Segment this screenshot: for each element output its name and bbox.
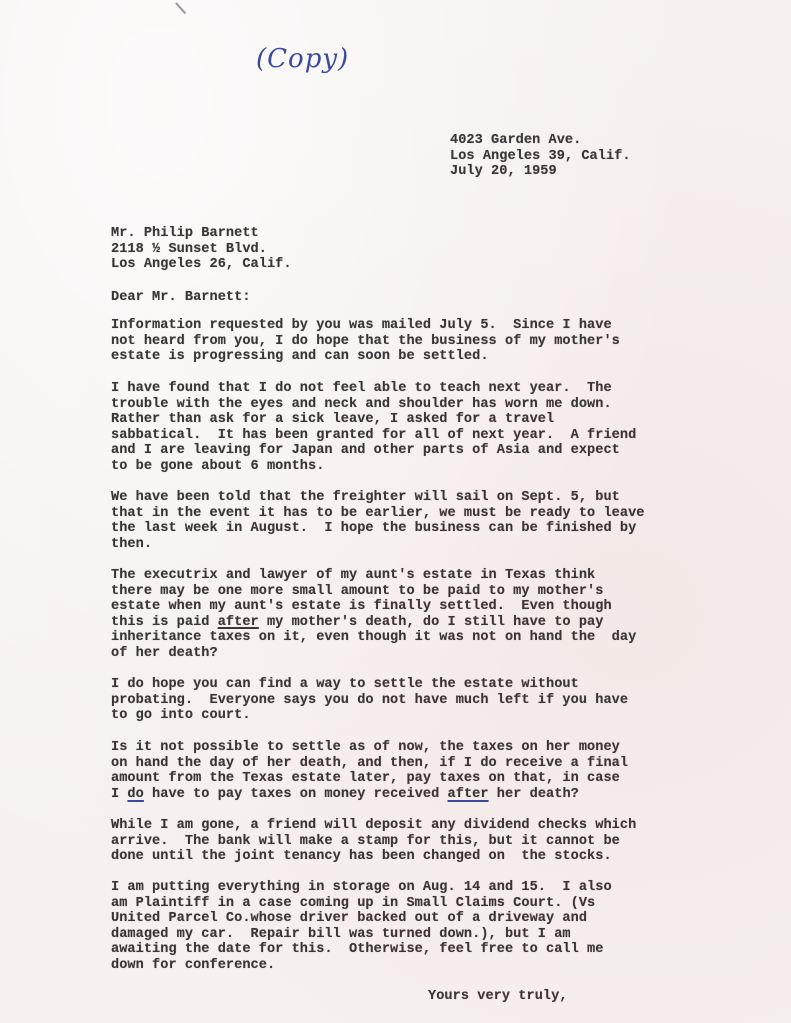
sender-address: 4023 Garden Ave.Los Angeles 39, Calif.Ju… xyxy=(450,133,631,180)
underlined-word: after xyxy=(218,615,259,630)
copy-annotation: (Copy) xyxy=(256,44,349,74)
text-line: I have found that I do not feel able to … xyxy=(111,381,636,397)
text-line: then. xyxy=(111,537,645,553)
text-line: I do hope you can find a way to settle t… xyxy=(111,677,628,693)
sender-street: 4023 Garden Ave. xyxy=(450,133,631,149)
letter-date: July 20, 1959 xyxy=(450,164,631,180)
text-line: I do have to pay taxes on money received… xyxy=(111,787,628,803)
paragraph-7: While I am gone, a friend will deposit a… xyxy=(111,818,636,865)
paragraph-1: Information requested by you was mailed … xyxy=(111,318,620,365)
text-line: down for conference. xyxy=(111,958,612,974)
underlined-word-handwritten: after xyxy=(448,787,489,802)
stray-pen-mark xyxy=(175,2,186,14)
text-line: am Plaintiff in a case coming up in Smal… xyxy=(111,896,612,912)
text-line: trouble with the eyes and neck and shoul… xyxy=(111,397,636,413)
text-line: damaged my car. Repair bill was turned d… xyxy=(111,927,612,943)
text-line: not heard from you, I do hope that the b… xyxy=(111,334,620,350)
text-line: Rather than ask for a sick leave, I aske… xyxy=(111,412,636,428)
recipient-street: 2118 ½ Sunset Blvd. xyxy=(111,242,292,258)
text-line: this is paid after my mother's death, do… xyxy=(111,615,636,631)
text-line: The executrix and lawyer of my aunt's es… xyxy=(111,568,636,584)
text-line: United Parcel Co.whose driver backed out… xyxy=(111,911,612,927)
recipient-city: Los Angeles 26, Calif. xyxy=(111,257,292,273)
sender-city: Los Angeles 39, Calif. xyxy=(450,149,631,165)
paragraph-3: We have been told that the freighter wil… xyxy=(111,490,645,552)
text-line: to go into court. xyxy=(111,708,628,724)
text-line: the last week in August. I hope the busi… xyxy=(111,521,645,537)
paragraph-8: I am putting everything in storage on Au… xyxy=(111,880,612,973)
text-line: We have been told that the freighter wil… xyxy=(111,490,645,506)
text-line: probating. Everyone says you do not have… xyxy=(111,693,628,709)
text-line: to be gone about 6 months. xyxy=(111,459,636,475)
text-line: of her death? xyxy=(111,646,636,662)
text-line: that in the event it has to be earlier, … xyxy=(111,506,645,522)
recipient-name: Mr. Philip Barnett xyxy=(111,226,292,242)
text-line: estate is progressing and can soon be se… xyxy=(111,349,620,365)
underlined-word-handwritten: do xyxy=(127,787,143,802)
paragraph-6: Is it not possible to settle as of now, … xyxy=(111,740,628,802)
paragraph-2: I have found that I do not feel able to … xyxy=(111,381,636,474)
text-line: there may be one more small amount to be… xyxy=(111,584,636,600)
letter-page: (Copy) 4023 Garden Ave.Los Angeles 39, C… xyxy=(0,0,791,1023)
closing: Yours very truly, xyxy=(428,989,568,1005)
recipient-address: Mr. Philip Barnett2118 ½ Sunset Blvd.Los… xyxy=(111,226,292,273)
text-line: I am putting everything in storage on Au… xyxy=(111,880,612,896)
text-line: done until the joint tenancy has been ch… xyxy=(111,849,636,865)
text-line: awaiting the date for this. Otherwise, f… xyxy=(111,942,612,958)
paragraph-4: The executrix and lawyer of my aunt's es… xyxy=(111,568,636,661)
text-line: estate when my aunt's estate is finally … xyxy=(111,599,636,615)
paragraph-5: I do hope you can find a way to settle t… xyxy=(111,677,628,724)
text-line: arrive. The bank will make a stamp for t… xyxy=(111,834,636,850)
text-line: amount from the Texas estate later, pay … xyxy=(111,771,628,787)
text-line: on hand the day of her death, and then, … xyxy=(111,756,628,772)
text-line: Is it not possible to settle as of now, … xyxy=(111,740,628,756)
text-line: While I am gone, a friend will deposit a… xyxy=(111,818,636,834)
text-line: Information requested by you was mailed … xyxy=(111,318,620,334)
text-line: sabbatical. It has been granted for all … xyxy=(111,428,636,444)
text-line: inheritance taxes on it, even though it … xyxy=(111,630,636,646)
salutation: Dear Mr. Barnett: xyxy=(111,290,251,306)
text-line: and I are leaving for Japan and other pa… xyxy=(111,443,636,459)
